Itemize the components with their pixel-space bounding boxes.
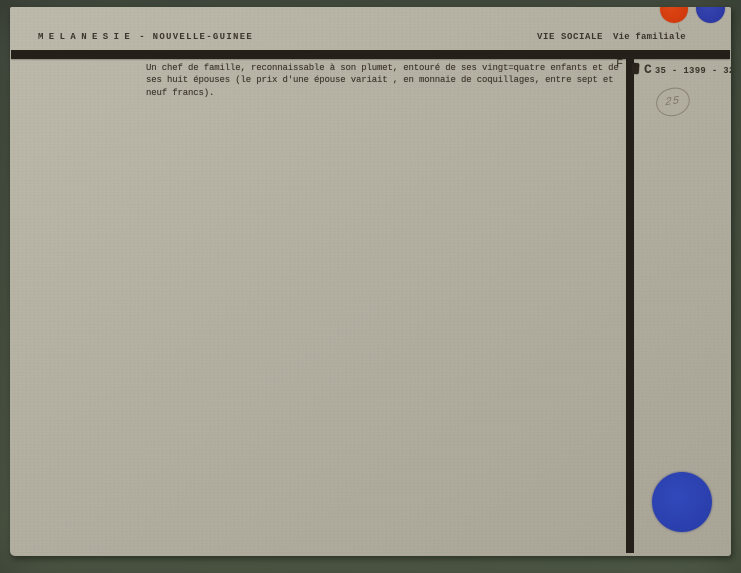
category-label: VIE SOCIALE	[537, 32, 603, 42]
reference-number: C35 - 1399 - 32	[644, 60, 731, 78]
caption-line: Un chef de famille, reconnaissable à son…	[146, 62, 638, 74]
caption-line: neuf francs).	[146, 87, 638, 99]
pencil-tick-mark	[676, 21, 686, 32]
red-dot-sticker	[660, 7, 688, 23]
subregion-label: NOUVELLE-GUINEE	[153, 32, 254, 42]
ink-stamp-mark	[632, 63, 640, 74]
reference-prefix: C	[644, 62, 652, 77]
region-separator: -	[139, 32, 144, 42]
caption-line: ses huit épouses (le prix d'une épouse v…	[146, 74, 638, 86]
scanned-card-photo: MELANESIE-NOUVELLE-GUINEE VIE SOCIALEVie…	[0, 0, 741, 573]
reference-digits: 35 - 1399 - 32	[655, 66, 731, 76]
classification-heading: VIE SOCIALEVie familiale	[537, 32, 686, 42]
subcategory-label: Vie familiale	[613, 32, 686, 42]
vertical-rule	[626, 59, 634, 553]
blue-dot-sticker-bottom	[652, 472, 712, 532]
caption-text: Un chef de famille, reconnaissable à son…	[146, 62, 638, 99]
region-heading: MELANESIE-NOUVELLE-GUINEE	[38, 32, 253, 42]
blue-dot-sticker-top	[696, 7, 725, 23]
circled-number-value: 25	[665, 95, 680, 109]
handwritten-letter: F	[616, 57, 624, 71]
region-label: MELANESIE	[38, 32, 135, 42]
index-card: MELANESIE-NOUVELLE-GUINEE VIE SOCIALEVie…	[10, 7, 731, 556]
handwritten-circled-number: 25	[653, 84, 693, 119]
